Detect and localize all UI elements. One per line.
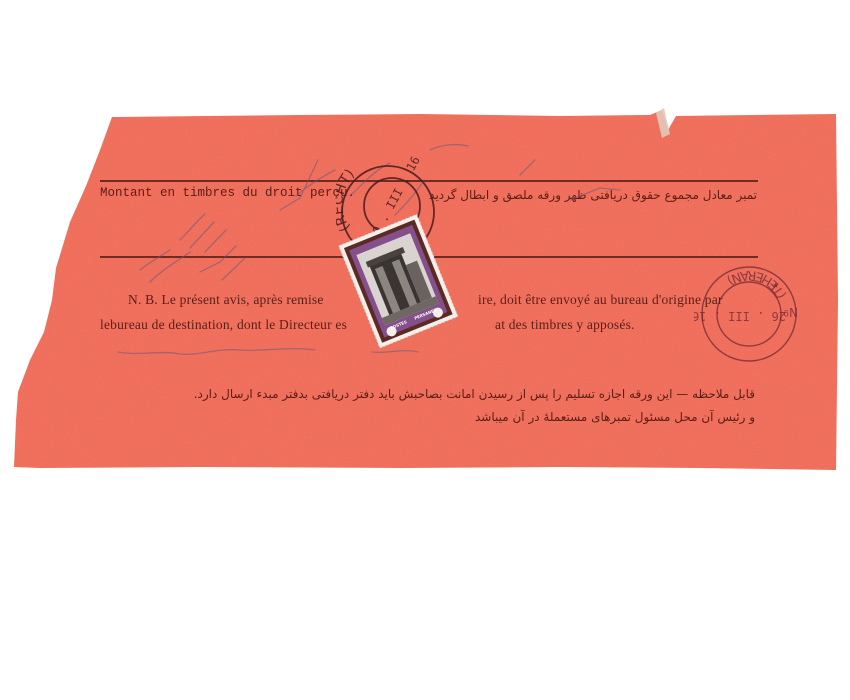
amount-label-french: Montant en timbres du droit perçu. (100, 186, 355, 200)
svg-text:(TEHERAN): (TEHERAN) (724, 267, 790, 301)
teheran-date-text: 26 . III . 16 (694, 309, 786, 323)
persian-note-line2: و رئیس آن محل مسئول تمبرهای مستعملهٔ در … (255, 410, 755, 424)
amount-label-persian: تمبر معادل مجموع حقوق دریافتی ظهر ورقه م… (417, 188, 757, 202)
nb-line1-left: N. B. Le présent avis, après remise (128, 292, 324, 308)
nb-line1-right: ire, doit être envoyé au bureau d'origin… (478, 292, 723, 308)
nb-line2-right: at des timbres y apposés. (495, 317, 635, 333)
teheran-postmark: (TEHERAN) 26 . III . 16 Nº ★ (694, 258, 804, 368)
recht-town-text: (RECHT) (336, 166, 358, 234)
teheran-prefix-text: Nº (783, 305, 798, 319)
nb-line2-left: lebureau de destination, dont le Directe… (100, 317, 347, 333)
star-icon: ★ (772, 281, 779, 290)
teheran-town-text: (TEHERAN) (724, 267, 790, 301)
svg-text:(RECHT): (RECHT) (336, 166, 358, 234)
persian-note-line1: قابل ملاحظه — این ورقه اجازه تسلیم را پس… (115, 387, 755, 401)
